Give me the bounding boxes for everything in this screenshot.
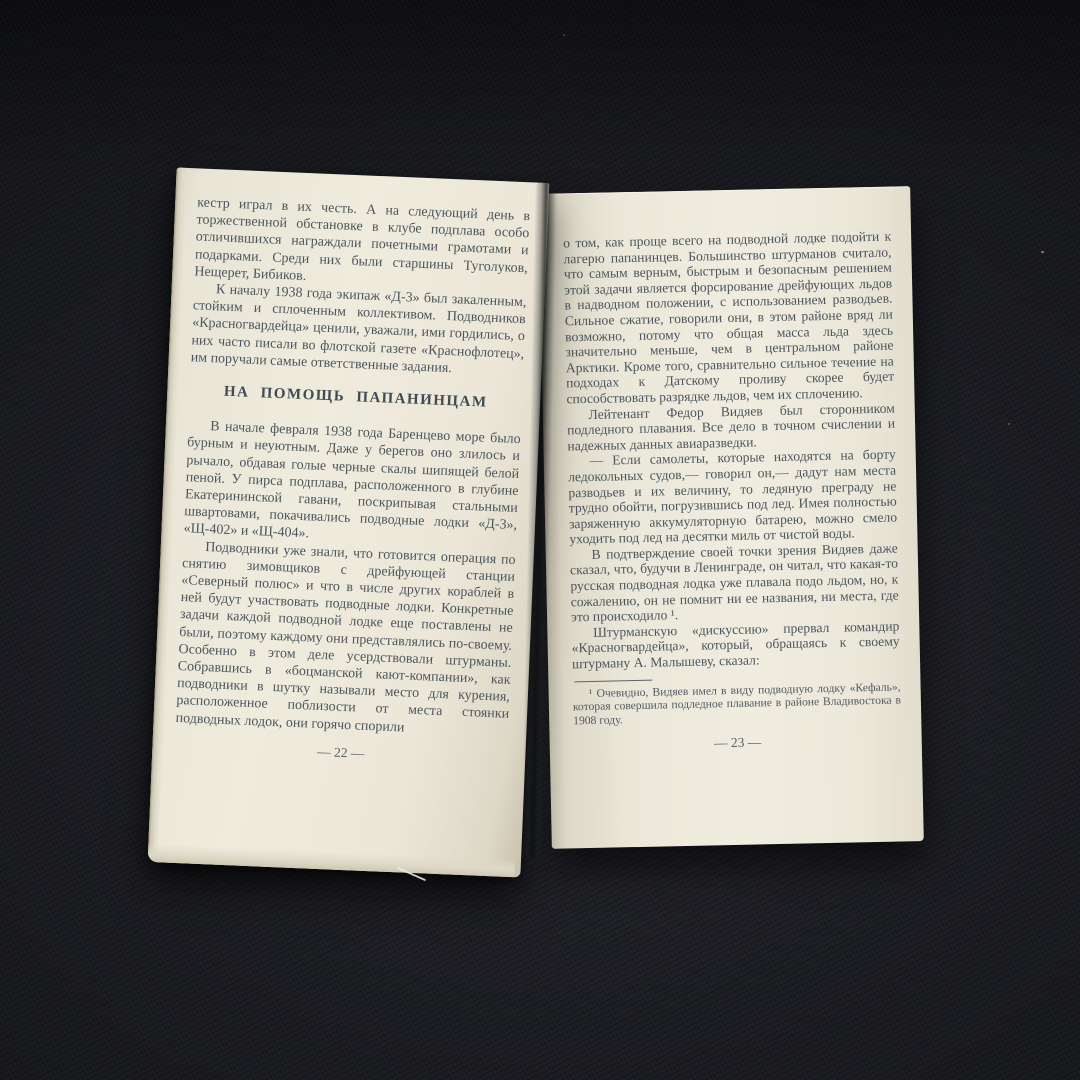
photo-of-open-book: о том, как проще всего на подводной лодк… [0,0,1080,1080]
footnote-divider-rule [574,679,652,682]
body-paragraph: Лейтенант Федор Видяев был сторонником п… [567,400,896,454]
body-paragraph: В подтверждение своей точки зрения Видяе… [570,540,900,625]
dust-speck [1008,423,1010,425]
page-number-right: — 23 — [574,731,902,753]
dust-speck [563,34,565,36]
body-paragraph: о том, как проще всего на подводной лодк… [563,229,895,407]
body-paragraph: кестр играл в их честь. А на следующий д… [194,194,530,294]
body-paragraph: В начале февраля 1938 года Баренцево мор… [183,417,521,551]
book-page-left: кестр играл в их честь. А на следующий д… [148,167,550,877]
body-paragraph: Штурманскую «дискуссию» прервал командир… [571,618,900,672]
book-page-right: о том, как проще всего на подводной лодк… [538,186,924,849]
footnote-block: ¹ Очевидно, Видяев имел в виду подводную… [573,680,902,728]
body-paragraph: К началу 1938 года экипаж «Д-3» был зака… [190,280,526,380]
footnote-text: ¹ Очевидно, Видяев имел в виду подводную… [573,680,902,728]
body-paragraph: Подводники уже знали, что готовится опер… [175,538,516,741]
body-paragraph-dialogue: — Если самолеты, которые находятся на бо… [568,447,898,547]
right-page-text-column: о том, как проще всего на подводной лодк… [563,229,904,837]
page-number-left: — 22 — [174,737,507,768]
dust-speck [1041,251,1044,253]
chapter-heading: НА ПОМОЩЬ ПАПАНИНЦАМ [189,382,522,413]
left-page-text-column: кестр играл в их честь. А на следующий д… [170,194,530,862]
